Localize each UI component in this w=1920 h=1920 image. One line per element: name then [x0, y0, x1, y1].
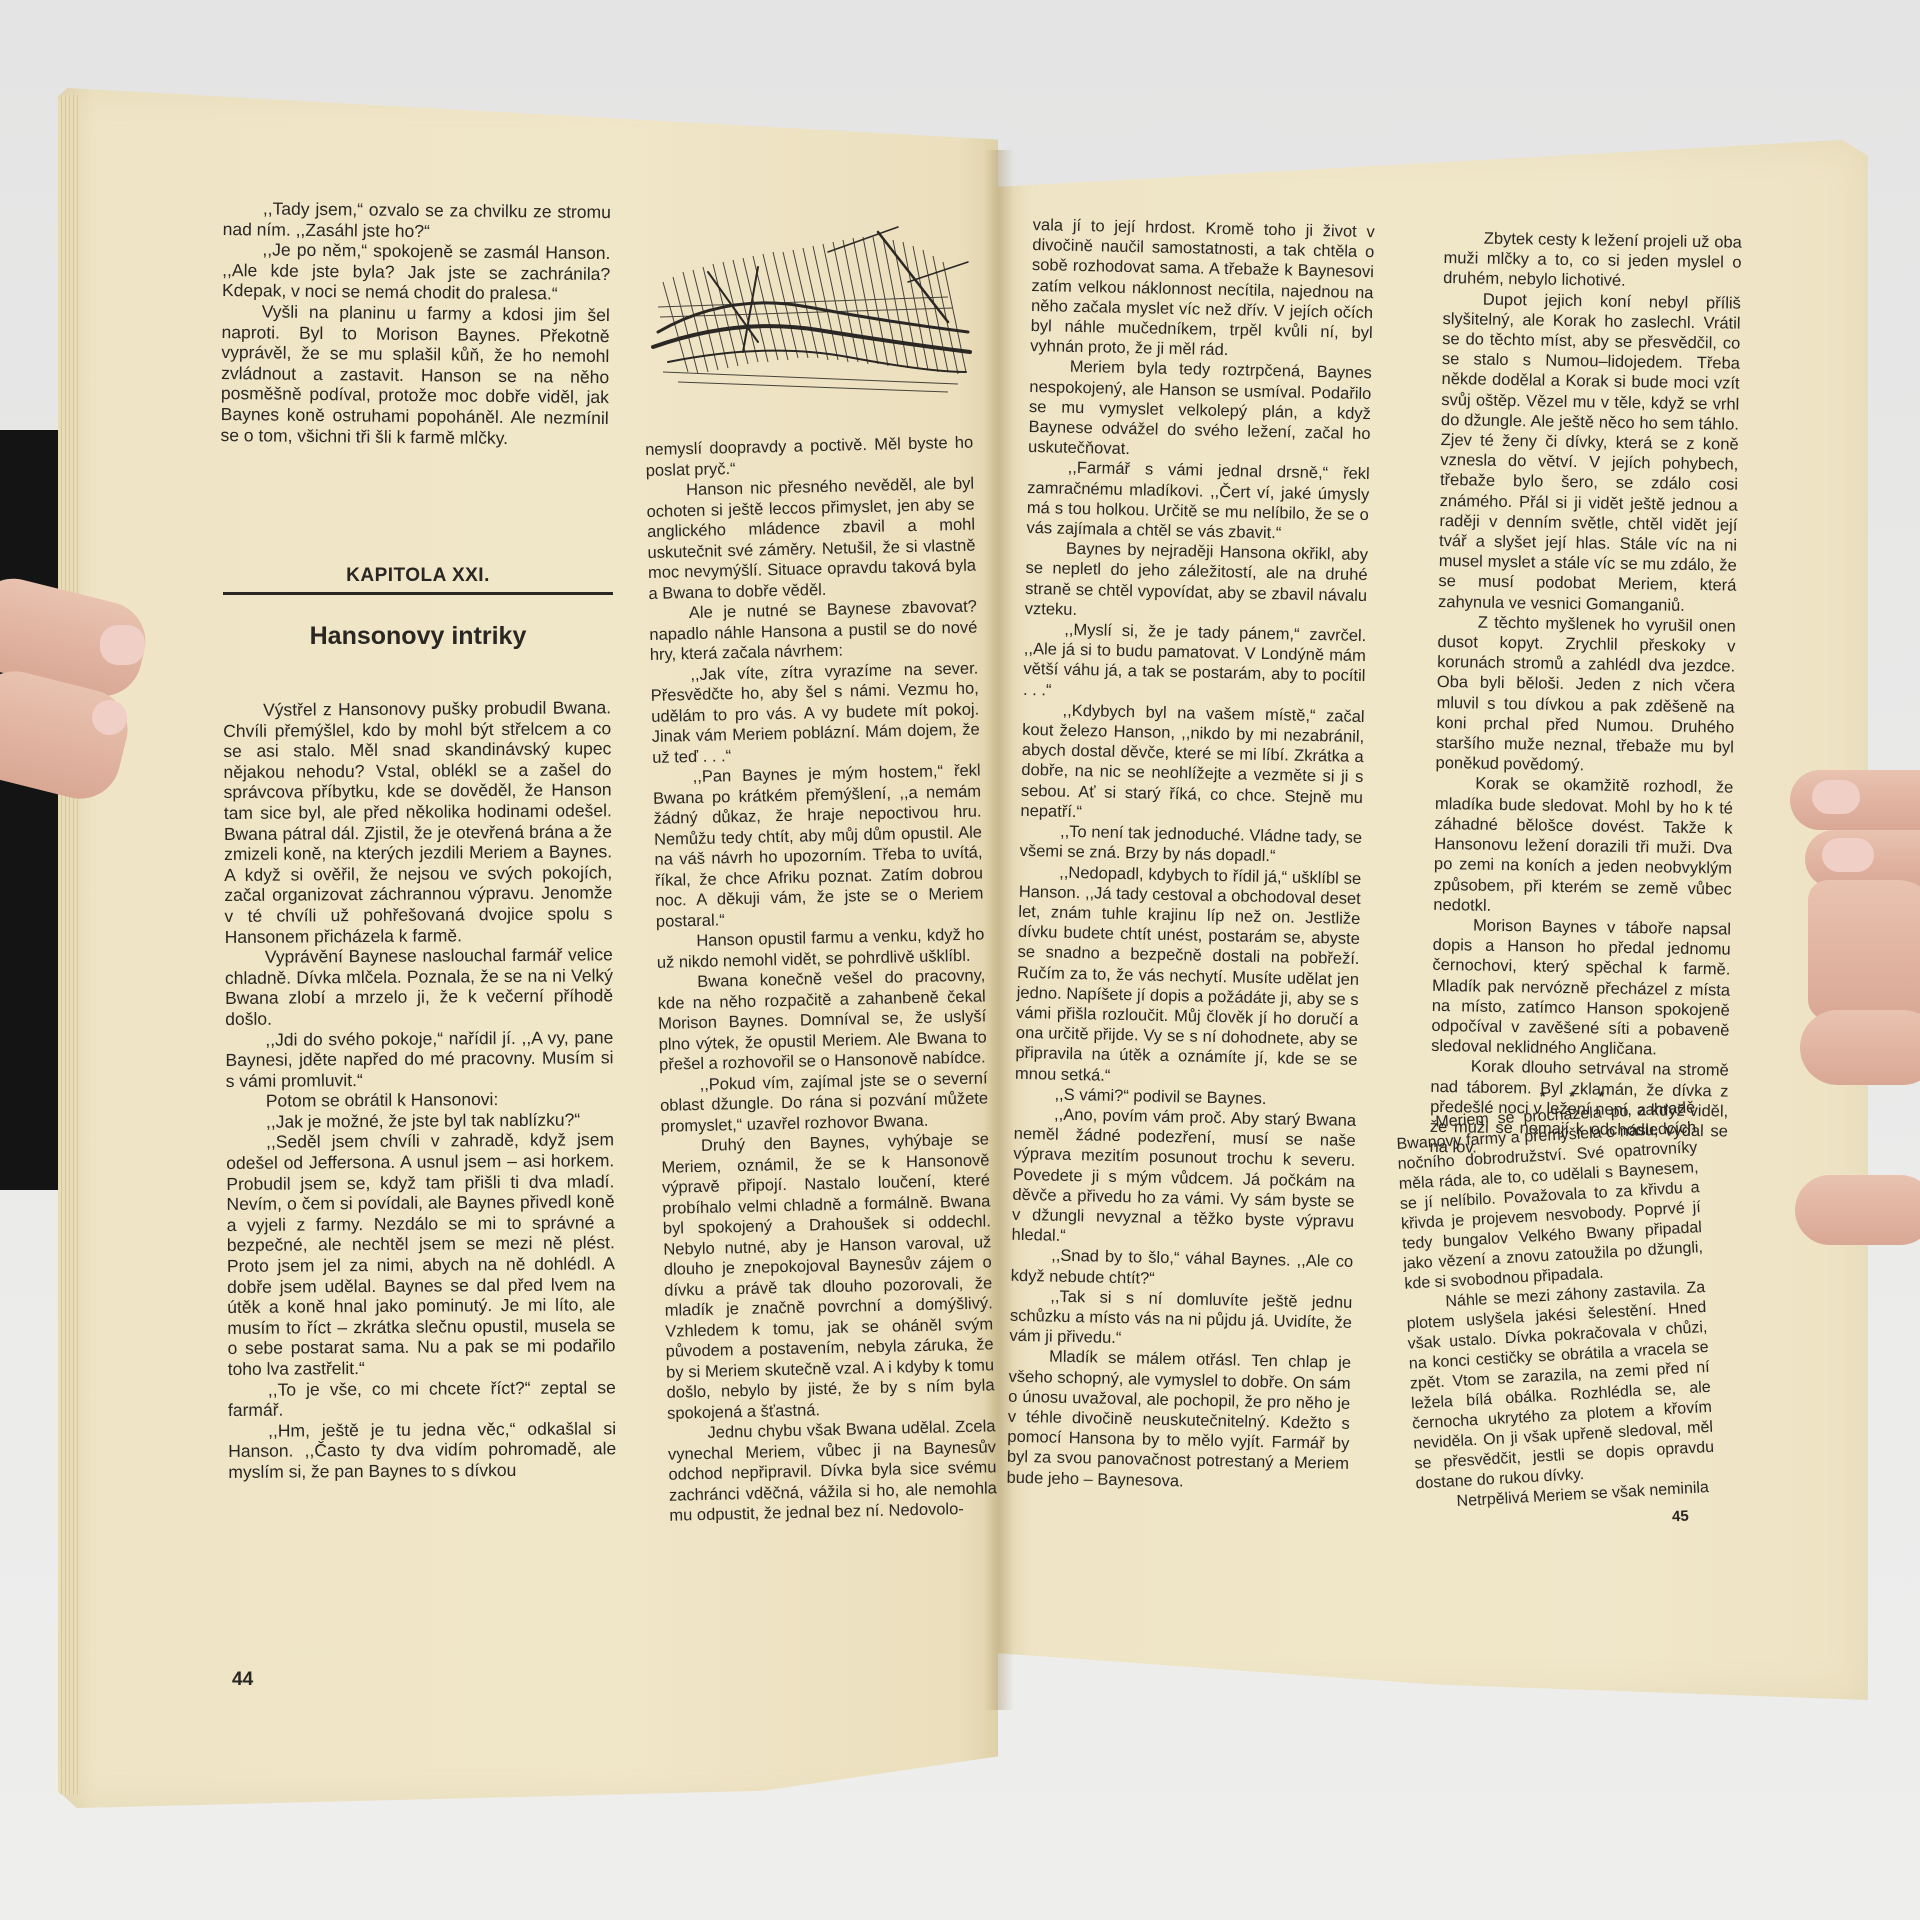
paragraph: vala jí to její hrdost. Kromě toho ji ži…	[1030, 215, 1375, 364]
right-hand-finger	[1795, 1175, 1920, 1245]
paragraph: ,,Seděl jsem chvíli v zahradě, když jsem…	[226, 1130, 616, 1380]
section-break: * * *	[1540, 1088, 1614, 1104]
paragraph: Meriem se procházela po zahradě Bwanovy …	[1395, 1098, 1705, 1294]
paragraph: Náhle se mezi záhony zastavila. Za plote…	[1405, 1278, 1716, 1494]
fingernail	[1812, 780, 1860, 814]
left-page-column-2: nemyslí doopravdy a poctivě. Měl byste h…	[645, 433, 998, 1527]
left-page-stack-edge	[58, 95, 80, 1795]
paragraph: Korak se okamžitě rozhodl, že mladíka bu…	[1433, 773, 1733, 919]
paragraph: ,,Pan Baynes je mým hostem,“ řekl Bwana …	[652, 760, 984, 931]
paragraph: Vyprávění Baynese naslouchal farmář veli…	[225, 944, 614, 1029]
paragraph: ,,Tady jsem,“ ozvalo se za chvilku ze st…	[223, 198, 611, 243]
paragraph: ,,To je vše, co mi chcete říct?“ zeptal …	[228, 1377, 616, 1421]
paragraph: Zbytek cesty k ležení projeli už oba muž…	[1443, 228, 1742, 293]
page-number-right: 45	[1672, 1508, 1690, 1526]
right-hand-palm	[1808, 880, 1920, 1020]
paragraph: Vyšli na planinu u farmy a kdosi jim šel…	[220, 301, 609, 449]
chapter-label: KAPITOLA XXI.	[223, 565, 613, 587]
paragraph: Z těchto myšlenek ho vyrušil onen dusot …	[1435, 612, 1736, 778]
right-page-column-2-bottom: Meriem se procházela po zahradě Bwanovy …	[1395, 1098, 1717, 1514]
paragraph: Baynes by nejraději Hansona okřikl, aby …	[1025, 538, 1369, 626]
right-page-column-2-top: Zbytek cesty k ležení projeli už oba muž…	[1429, 228, 1742, 1162]
paragraph: ,,Farmář s vámi jednal drsně,“ řekl zamr…	[1026, 457, 1370, 545]
paragraph: Dupot jejich koní nebyl příliš slyšiteln…	[1438, 289, 1741, 617]
paragraph: ,,Tak si s ní domluvíte ještě jednu schů…	[1009, 1286, 1352, 1354]
paragraph: Morison Baynes v táboře napsal dopis a H…	[1431, 915, 1731, 1061]
left-page-column-1-bottom: Výstřel z Hansonovy pušky probudil Bwana…	[223, 697, 616, 1482]
paragraph: ,,Kdybych byl na vašem místě,“ začal kou…	[1020, 700, 1364, 828]
paragraph: ,,Myslí si, že je tady pánem,“ zavrčel. …	[1023, 619, 1367, 707]
right-hand-finger	[1800, 1010, 1920, 1085]
jungle-tree-illustration	[648, 212, 974, 402]
paragraph: Výstřel z Hansonovy pušky probudil Bwana…	[223, 697, 613, 947]
chapter-divider-rule	[223, 592, 613, 595]
chapter-title: Hansonovy intriky	[223, 622, 613, 651]
page-number-left: 44	[232, 1669, 253, 1691]
paragraph: Hanson nic přesného nevěděl, ale byl och…	[646, 474, 977, 604]
paragraph: ,,Ano, povím vám proč. Aby starý Bwana n…	[1011, 1104, 1356, 1253]
paragraph: ,,Hm, ještě je tu jedna věc,“ odkašlal s…	[228, 1418, 616, 1482]
fingernail	[1822, 838, 1874, 872]
paragraph: Jednu chybu však Bwana udělal. Zcela vyn…	[667, 1416, 997, 1526]
fingernail	[92, 700, 127, 735]
paragraph: Druhý den Baynes, vyhýbaje se Meriem, oz…	[661, 1129, 995, 1423]
paragraph: ,,Jak víte, zítra vyrazíme na sever. Pře…	[650, 658, 980, 768]
paragraph: Mladík se málem otřásl. Ten chlap je vše…	[1006, 1346, 1351, 1495]
paragraph: Potom se obrátil k Hansonovi:	[226, 1089, 614, 1112]
paragraph: ,,Je po něm,“ spokojeně se zasmál Hanson…	[222, 239, 611, 305]
paragraph: ,,Pokud vím, zajímal jste se o severní o…	[659, 1068, 988, 1137]
fingernail	[100, 625, 145, 665]
paragraph: Ale je nutné se Baynese zbavovat? napadl…	[649, 597, 978, 666]
paragraph: Bwana konečně vešel do pracovny, kde na …	[657, 965, 987, 1075]
paragraph: ,,To není tak jednoduché. Vládne tady, s…	[1019, 821, 1362, 869]
paragraph: Meriem byla tedy roztrpčená, Baynes nesp…	[1028, 356, 1372, 464]
paragraph: ,,Nedopadl, kdybych to řídil já,“ ušklíb…	[1015, 861, 1362, 1090]
paragraph: ,,Jdi do svého pokoje,“ nařídil jí. ,,A …	[225, 1027, 613, 1091]
paragraph: ,,Jak je možné, že jste byl tak nablízku…	[226, 1109, 614, 1132]
right-page-column-1: vala jí to její hrdost. Kromě toho ji ži…	[1006, 215, 1375, 1495]
left-page-column-1-top: ,,Tady jsem,“ ozvalo se za chvilku ze st…	[220, 198, 611, 449]
book-photo-scene: ,,Tady jsem,“ ozvalo se za chvilku ze st…	[0, 0, 1920, 1920]
paragraph: ,,Snad by to šlo,“ váhal Baynes. ,,Ale c…	[1011, 1245, 1354, 1293]
